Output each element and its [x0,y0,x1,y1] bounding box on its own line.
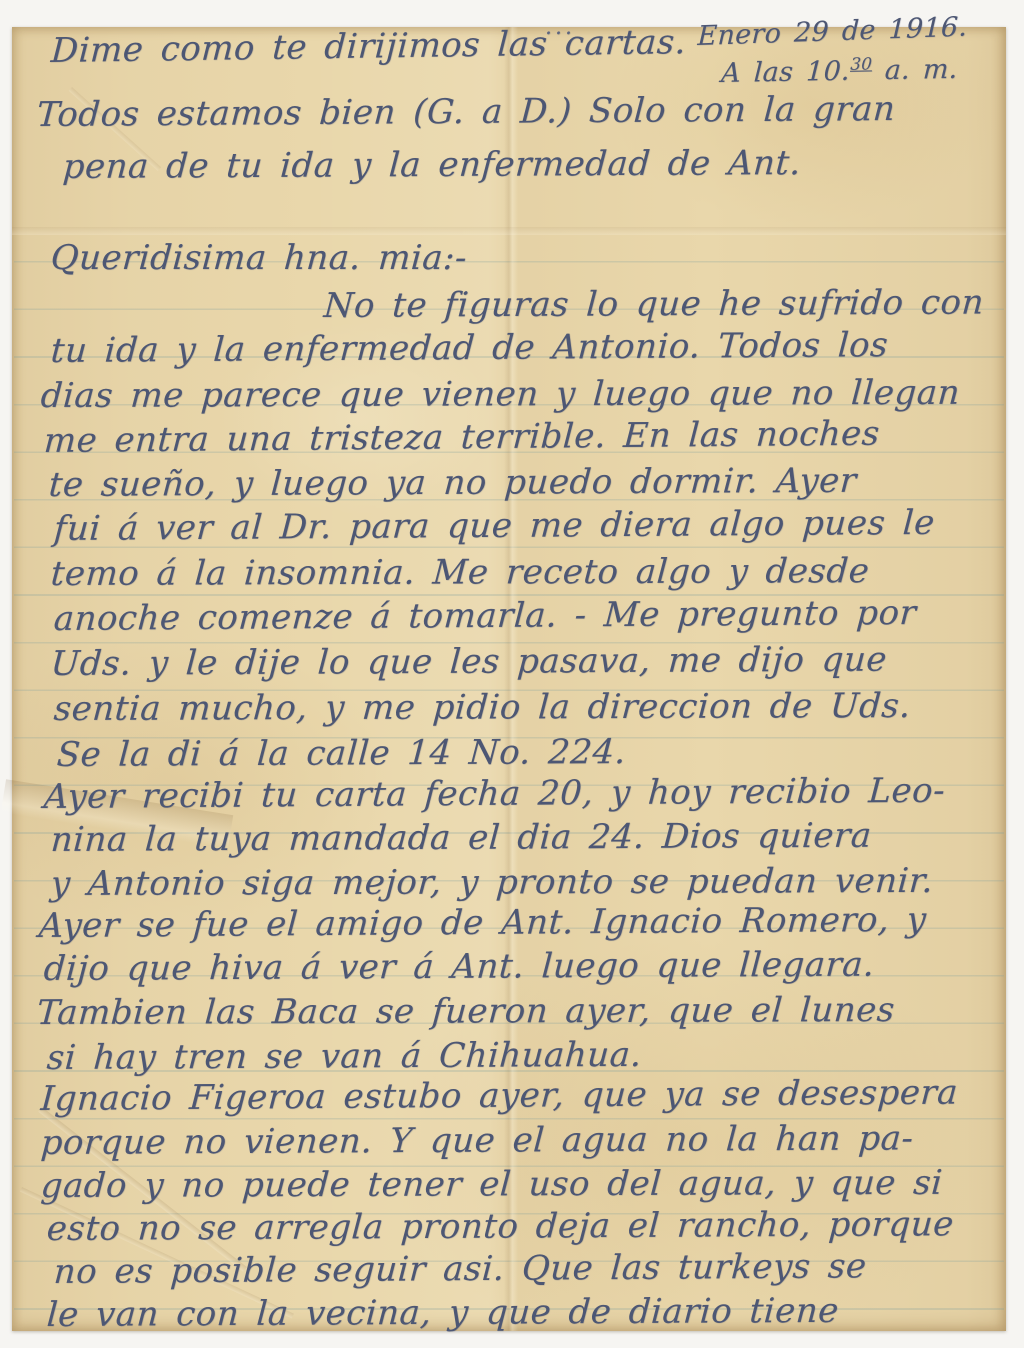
letter-line: esto no se arregla pronto deja el rancho… [46,1206,955,1248]
postscript-line-2: Todos estamos bien (G. a D.) Solo con la… [36,91,897,134]
letter-line: me entra una tristeza terrible. En las n… [43,416,881,461]
letter-line: nina la tuya mandada el dia 24. Dios qui… [50,818,873,860]
postscript-line-3: pena de tu ida y la enfermedad de Ant. [62,145,803,186]
salutation-line: Queridisima hna. mia:- [49,240,468,277]
letter-line: dijo que hiva á ver á Ant. luego que lle… [43,947,876,989]
postscript-line-1: Dime como te dirijimos las cartas. [50,24,687,70]
letter-line: Se la di á la calle 14 No. 224. [56,734,628,774]
time-suffix: a. m. [871,54,958,87]
letter-line: Ayer se fue el amigo de Ant. Ignacio Rom… [38,902,928,946]
letter-line: fui á ver al Dr. para que me diera algo … [53,505,936,549]
letter-line: si hay tren se van á Chihuahua. [46,1037,643,1078]
letter-line: gado y no puede tener el uso del agua, y… [40,1165,944,1206]
time-prefix: A las 10. [720,56,851,89]
letter-line: No te figuras lo que he sufrido con [323,285,986,326]
letter-line: le van con la vecina, y que de diario ti… [46,1293,840,1335]
letter-line: dias me parece que vienen y luego que no… [40,375,962,416]
letter-line: temo á la insomnia. Me receto algo y des… [50,553,871,593]
time-superscript: 30 [850,53,873,73]
letter-line: Ayer recibi tu carta fecha 20, y hoy rec… [43,773,947,817]
letter-line: Tambien las Baca se fueron ayer, que el … [36,992,897,1032]
letter-line: te sueño, y luego ya no puedo dormir. Ay… [48,463,858,505]
letter-line: y Antonio siga mejor, y pronto se puedan… [50,863,935,903]
scanned-letter-page: ... Dime como te dirijimos las cartas. E… [0,0,1024,1348]
letter-line: no es posible seguir asi. Que las turkey… [53,1248,868,1291]
letter-line: Ignacio Figeroa estubo ayer, que ya se d… [40,1075,960,1119]
letter-line: anoche comenze á tomarla. - Me pregunto … [53,595,918,638]
letter-line: Uds. y le dije lo que les pasava, me dij… [50,642,889,684]
time-line: A las 10.30 a. m. [720,53,958,89]
letter-line: porque no vienen. Y que el agua no la ha… [40,1120,915,1162]
letter-line: tu ida y la enfermedad de Antonio. Todos… [50,327,890,370]
letter-line: sentia mucho, y me pidio la direccion de… [53,688,912,728]
